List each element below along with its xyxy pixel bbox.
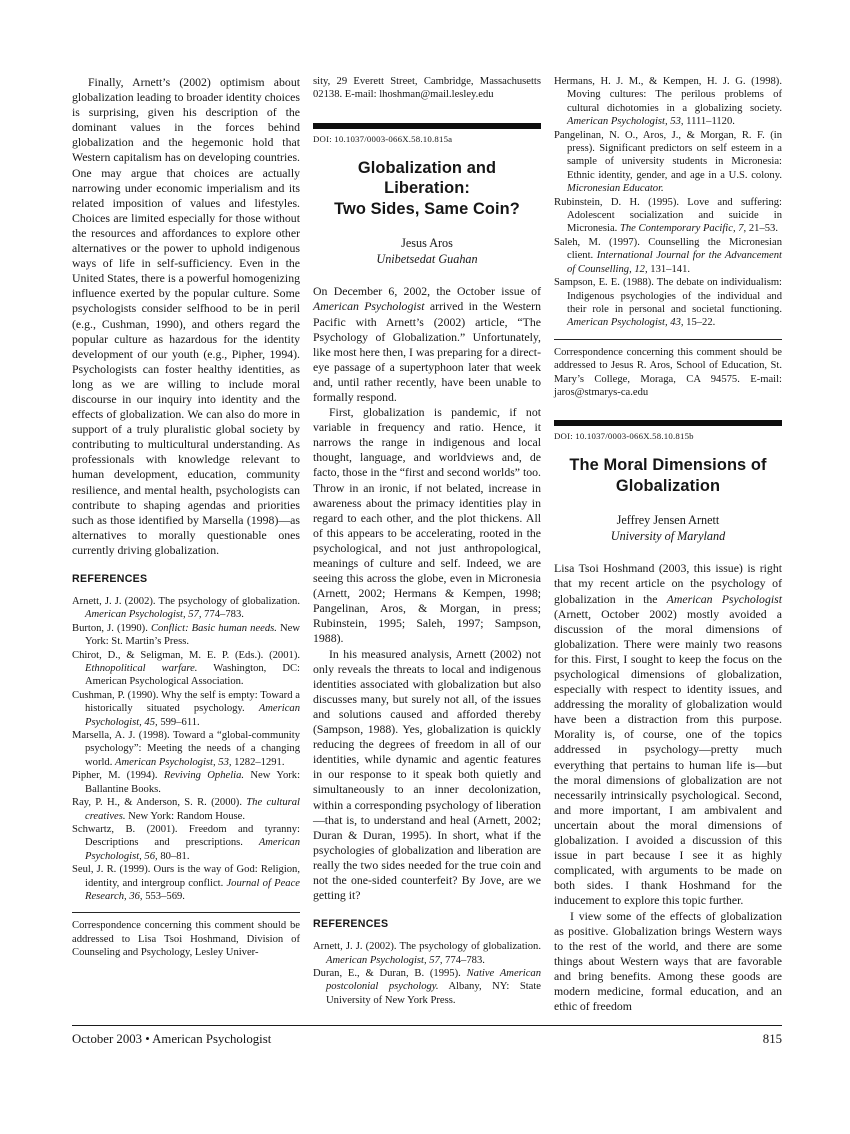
body-paragraph: On December 6, 2002, the October issue o… [313,284,541,405]
reference-entry: Saleh, M. (1997). Counselling the Micron… [554,236,782,276]
footnote-divider [72,912,300,913]
author-name: Jesus Aros [313,235,541,251]
article-title: Globalization and Liberation: Two Sides,… [313,158,541,220]
footer-journal-info: October 2003 • American Psychologist [72,1032,271,1047]
footer: October 2003 • American Psychologist 815 [72,1032,782,1047]
reference-entry: Seul, J. R. (1999). Ours is the way of G… [72,863,300,903]
page-number: 815 [763,1032,782,1047]
body-paragraph: Lisa Tsoi Hoshmand (2003, this issue) is… [554,561,782,908]
reference-entry: Chirot, D., & Seligman, M. E. P. (Eds.).… [72,649,300,689]
author-affiliation: University of Maryland [554,528,782,544]
reference-entry: Hermans, H. J. M., & Kempen, H. J. G. (1… [554,75,782,129]
correspondence-note-continued: sity, 29 Everett Street, Cambridge, Mass… [313,75,541,102]
reference-entry: Burton, J. (1990). Conflict: Basic human… [72,622,300,649]
column-2: sity, 29 Everett Street, Cambridge, Mass… [313,75,541,1014]
reference-entry: Ray, P. H., & Anderson, S. R. (2000). Th… [72,796,300,823]
article-title: The Moral Dimensions of Globalization [554,455,782,496]
correspondence-note: Correspondence concerning this comment s… [72,919,300,959]
article-title-line: Two Sides, Same Coin? [334,200,520,218]
correspondence-note: Correspondence concerning this comment s… [554,346,782,400]
reference-entry: Duran, E., & Duran, B. (1995). Native Am… [313,967,541,1007]
article-separator-bar [554,420,782,426]
references-heading: REFERENCES [72,573,300,585]
body-paragraph: Finally, Arnett’s (2002) optimism about … [72,75,300,558]
column-1: Finally, Arnett’s (2002) optimism about … [72,75,300,1014]
author-affiliation: Unibetsedat Guahan [313,251,541,267]
reference-entry: Schwartz, B. (2001). Freedom and tyranny… [72,823,300,863]
reference-entry: Rubinstein, D. H. (1995). Love and suffe… [554,196,782,236]
body-paragraph: I view some of the effects of globalizat… [554,909,782,1015]
content-columns: Finally, Arnett’s (2002) optimism about … [72,75,782,1014]
journal-page: Finally, Arnett’s (2002) optimism about … [0,0,850,1134]
doi-label: DOI: 10.1037/0003-066X.58.10.815a [313,134,541,144]
article-title-line: Globalization and Liberation: [358,159,496,198]
footnote-divider [554,339,782,340]
reference-entry: Marsella, A. J. (1998). Toward a “global… [72,729,300,769]
article-separator-bar [313,123,541,129]
reference-entry: Sampson, E. E. (1988). The debate on ind… [554,276,782,330]
doi-label: DOI: 10.1037/0003-066X.58.10.815b [554,431,782,441]
body-paragraph: First, globalization is pandemic, if not… [313,405,541,647]
reference-entry: Pangelinan, N. O., Aros, J., & Morgan, R… [554,129,782,196]
author-name: Jeffrey Jensen Arnett [554,512,782,528]
article-title-line: The Moral Dimensions of [569,456,766,474]
footer-divider [72,1025,782,1026]
reference-entry: Pipher, M. (1994). Reviving Ophelia. New… [72,769,300,796]
body-paragraph: In his measured analysis, Arnett (2002) … [313,647,541,904]
article-title-line: Globalization [616,477,720,495]
references-heading: REFERENCES [313,918,541,930]
reference-entry: Arnett, J. J. (2002). The psychology of … [72,595,300,622]
reference-entry: Cushman, P. (1990). Why the self is empt… [72,689,300,729]
reference-entry: Arnett, J. J. (2002). The psychology of … [313,940,541,967]
column-3: Hermans, H. J. M., & Kempen, H. J. G. (1… [554,75,782,1014]
